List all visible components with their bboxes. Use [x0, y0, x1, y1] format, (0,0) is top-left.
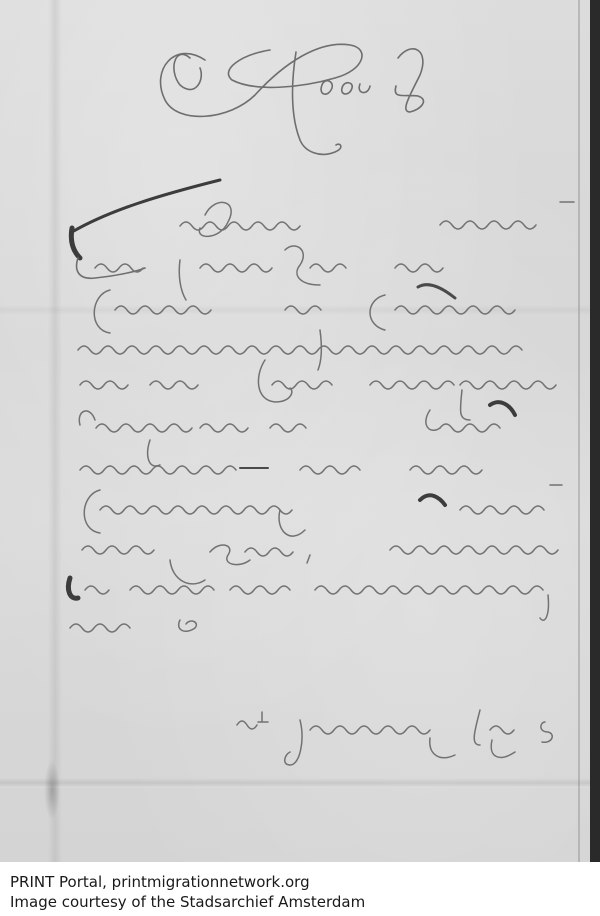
body-line: van desselfs gedemisse [80, 330, 432, 360]
body-line: tede int Lant van Gulick [80, 367, 446, 397]
image-caption: PRINT Portal, printmigrationnetwork.org … [10, 872, 590, 912]
body-line: Churvorstelijcke door [80, 490, 409, 520]
body-line: van Isaac Rosb ende [80, 248, 388, 278]
document-date: 22e januarij 1695 [235, 712, 502, 742]
body-line: van de zaken, versochten [80, 532, 463, 562]
caption-source: PRINT Portal, printmigrationnetwork.org [10, 872, 590, 892]
handwritten-body: Ter examinatie der Edeltt van Isaac Rosb… [0, 0, 600, 862]
body-line: klagende over de Baads [80, 408, 439, 438]
body-line: vinde &c. [70, 610, 214, 640]
caption-courtesy: Image courtesy of the Stadsarchief Amste… [10, 892, 590, 912]
body-line: proceduren door sijne [80, 450, 413, 480]
body-line: de ordren van voorsz. sijn [80, 572, 474, 602]
body-line: Ter examinatie der Edeltt [80, 205, 468, 235]
document-scan: Rososs [0, 0, 600, 862]
body-line: Conductien aller Crediteuren [80, 290, 523, 320]
